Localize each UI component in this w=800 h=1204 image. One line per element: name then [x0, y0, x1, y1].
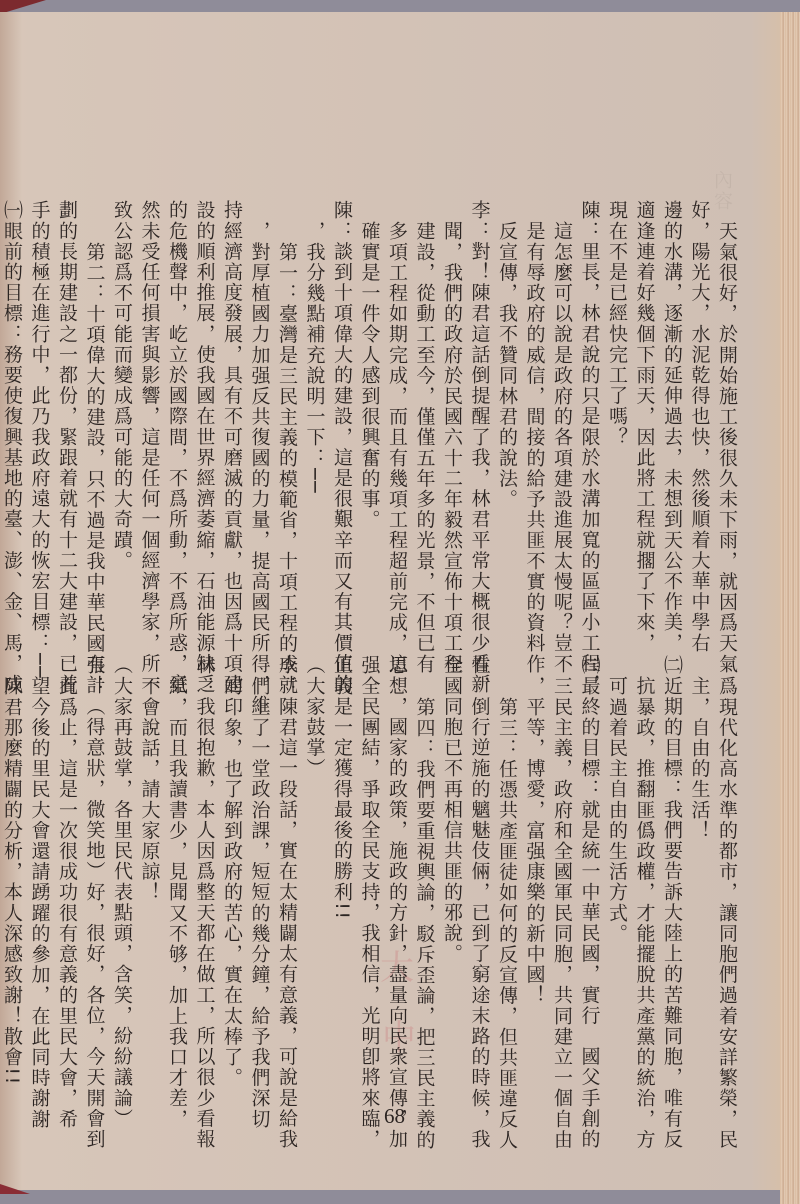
text-column: 陳君那麼精闢的分析，本人深感致謝！散會!! — [0, 655, 25, 1085]
text-column: 是有辱政府的威信，間接的給予共匪不實的資料作 — [520, 200, 548, 630]
text-column: 天氣很好，於開始施工後很久未下雨，就因爲天氣 — [713, 200, 741, 630]
page-number: 68 — [384, 1104, 405, 1129]
text-column: （大家再鼓掌，各里民代表點頭，含笑，紛紛議論） — [108, 655, 136, 1085]
text-column: 持經濟高度發展，具有不可磨滅的貢獻，也因爲十項建 — [218, 200, 246, 630]
text-column: 强全民團結，爭取全民支持，我相信，光明卽將來臨， — [355, 655, 383, 1085]
text-column: ，我分幾點補充說明一下：── — [300, 200, 328, 630]
text-column: 適逢連着好幾個下雨天，因此將工程就擱了下來， — [630, 200, 658, 630]
text-column: 們上了一堂政治課，短短的幾分鐘，給予我們深切 — [245, 655, 273, 1085]
text-column: 紙，而且我讀書少，見聞又不够，加上我口才差， — [163, 655, 191, 1085]
text-column: 的危機聲中，屹立於國際間，不爲所動，不爲所惑，竟 — [163, 200, 191, 630]
text-column: 可過着民主自由的生活方式。 — [603, 655, 631, 1085]
text-column: 這怎麼可以說是政府的各項建設進展太慢呢？豈不 — [548, 200, 576, 630]
text-column: 多項工程如期完成，而且有幾項工程超前完成，這 — [383, 200, 411, 630]
text-column: 望今後的里民大會還請踴躍的參加，在此同時謝謝 — [25, 655, 53, 1085]
text-column: 爲現代化高水準的都市，讓同胞們過着安詳繁榮，民 — [713, 655, 741, 1085]
text-column: 手的積極在進行中，此乃我政府遠大的恢宏目標：── — [25, 200, 53, 630]
text-column: 設的順利推展，使我國在世界經濟萎縮，石油能源缺乏 — [190, 200, 218, 630]
text-column: 建設，從動工至今，僅僅五年多的光景，不但已有 — [410, 200, 438, 630]
text-column: 第一：臺灣是三民主義的模範省，十項工程的成就 — [273, 200, 301, 630]
text-column: 第四：我們要重視輿論，駁斥歪論，把三民主義的 — [410, 655, 438, 1085]
text-column: 確實是一件令人感到很興奮的事。 — [355, 200, 383, 630]
text-column: ㈢最終的目標：就是統一中華民國，實行 國父手創的 — [575, 655, 603, 1085]
text-column: 性，倒行逆施的魑魅伎倆，已到了窮途末路的時候，我 — [465, 655, 493, 1085]
text-column: 思想，國家的政策，施政的方針，盡量向民衆宣傳，加 — [383, 655, 411, 1085]
text-column: 主，自由的生活！ — [685, 655, 713, 1085]
text-column: 的印象，也了解到政府的苦心，實在太棒了。 — [218, 655, 246, 1085]
text-column: ㈠眼前的目標：務要使復興基地的臺、澎、金、馬，成 — [0, 200, 25, 630]
text-column: 反宣傳，我不贊同林君的說法。 — [493, 200, 521, 630]
text-column: 李：陳君這一段話，實在太精闢太有意義，可說是給我 — [273, 655, 301, 1085]
text-column: ，平等，博愛，富强康樂的新中國！ — [520, 655, 548, 1085]
lower-text-block: 爲現代化高水準的都市，讓同胞們過着安詳繁榮，民主，自由的生活！㈡近期的目標：我們… — [60, 655, 740, 1085]
text-column: 李：對！陳君這話倒提醒了我，林君平常大概很少看新 — [465, 200, 493, 630]
text-column: 第三：任憑共產匪徒如何的反宣傳，但共匪違反人 — [493, 655, 521, 1085]
page-edges — [780, 12, 800, 1204]
text-column: 致公認爲不可能而變成爲可能的大奇蹟。 — [108, 200, 136, 630]
text-column: 現在不是已經快完工了嗎？ — [603, 200, 631, 630]
text-column: 不會說話，請大家原諒！ — [135, 655, 163, 1085]
text-column: 第二：十項偉大的建設，只不過是我中華民國有計 — [80, 200, 108, 630]
text-column: 陳：談到十項偉大的建設，這是很艱辛而又有其價值的 — [328, 200, 356, 630]
text-column: 林：我很抱歉，本人因爲整天都在做工，所以很少看報 — [190, 655, 218, 1085]
upper-text-block: 天氣很好，於開始施工後很久未下雨，就因爲天氣好，陽光大，水泥乾得也快，然後順着大… — [60, 200, 740, 630]
text-column: 陳：里長，林君說的只是限於水溝加寬的區區小工程， — [575, 200, 603, 630]
text-column: 抗暴政，推翻匪僞政權，才能擺脫共產黨的統治，方 — [630, 655, 658, 1085]
text-column: 三民主義，政府和全國軍民同胞，共同建立一個自由 — [548, 655, 576, 1085]
text-column: 聞，我們的政府於民國六十二年毅然宣佈十項工程 — [438, 200, 466, 630]
text-column: 此爲止，這是一次很成功很有意義的里民大會，希 — [53, 655, 81, 1085]
text-column: 邊的水溝，逐漸的延伸過去，未想到天公不作美， — [658, 200, 686, 630]
book-cover-corner-bottom — [0, 1184, 30, 1194]
text-column: 好，陽光大，水泥乾得也快，然後順着大華中學右 — [685, 200, 713, 630]
text-column: 張：（得意狀，微笑地）好，很好，各位，今天開會到 — [80, 655, 108, 1085]
text-column: （大家鼓掌） — [300, 655, 328, 1085]
text-column: 然未受任何損害與影響，這是任何一個經濟學家，所一 — [135, 200, 163, 630]
text-column: 全國同胞已不再相信共匪的邪說。 — [438, 655, 466, 1085]
text-column: ，對厚植國力加强反共復國的力量，提高國民所得，維 — [245, 200, 273, 630]
text-column: ㈡近期的目標：我們要告訴大陸上的苦難同胞，唯有反 — [658, 655, 686, 1085]
text-column: 正義是一定獲得最後的勝利!! — [328, 655, 356, 1085]
text-column: 劃的長期建設之一都份，緊跟着就有十二大建設，已着 — [53, 200, 81, 630]
